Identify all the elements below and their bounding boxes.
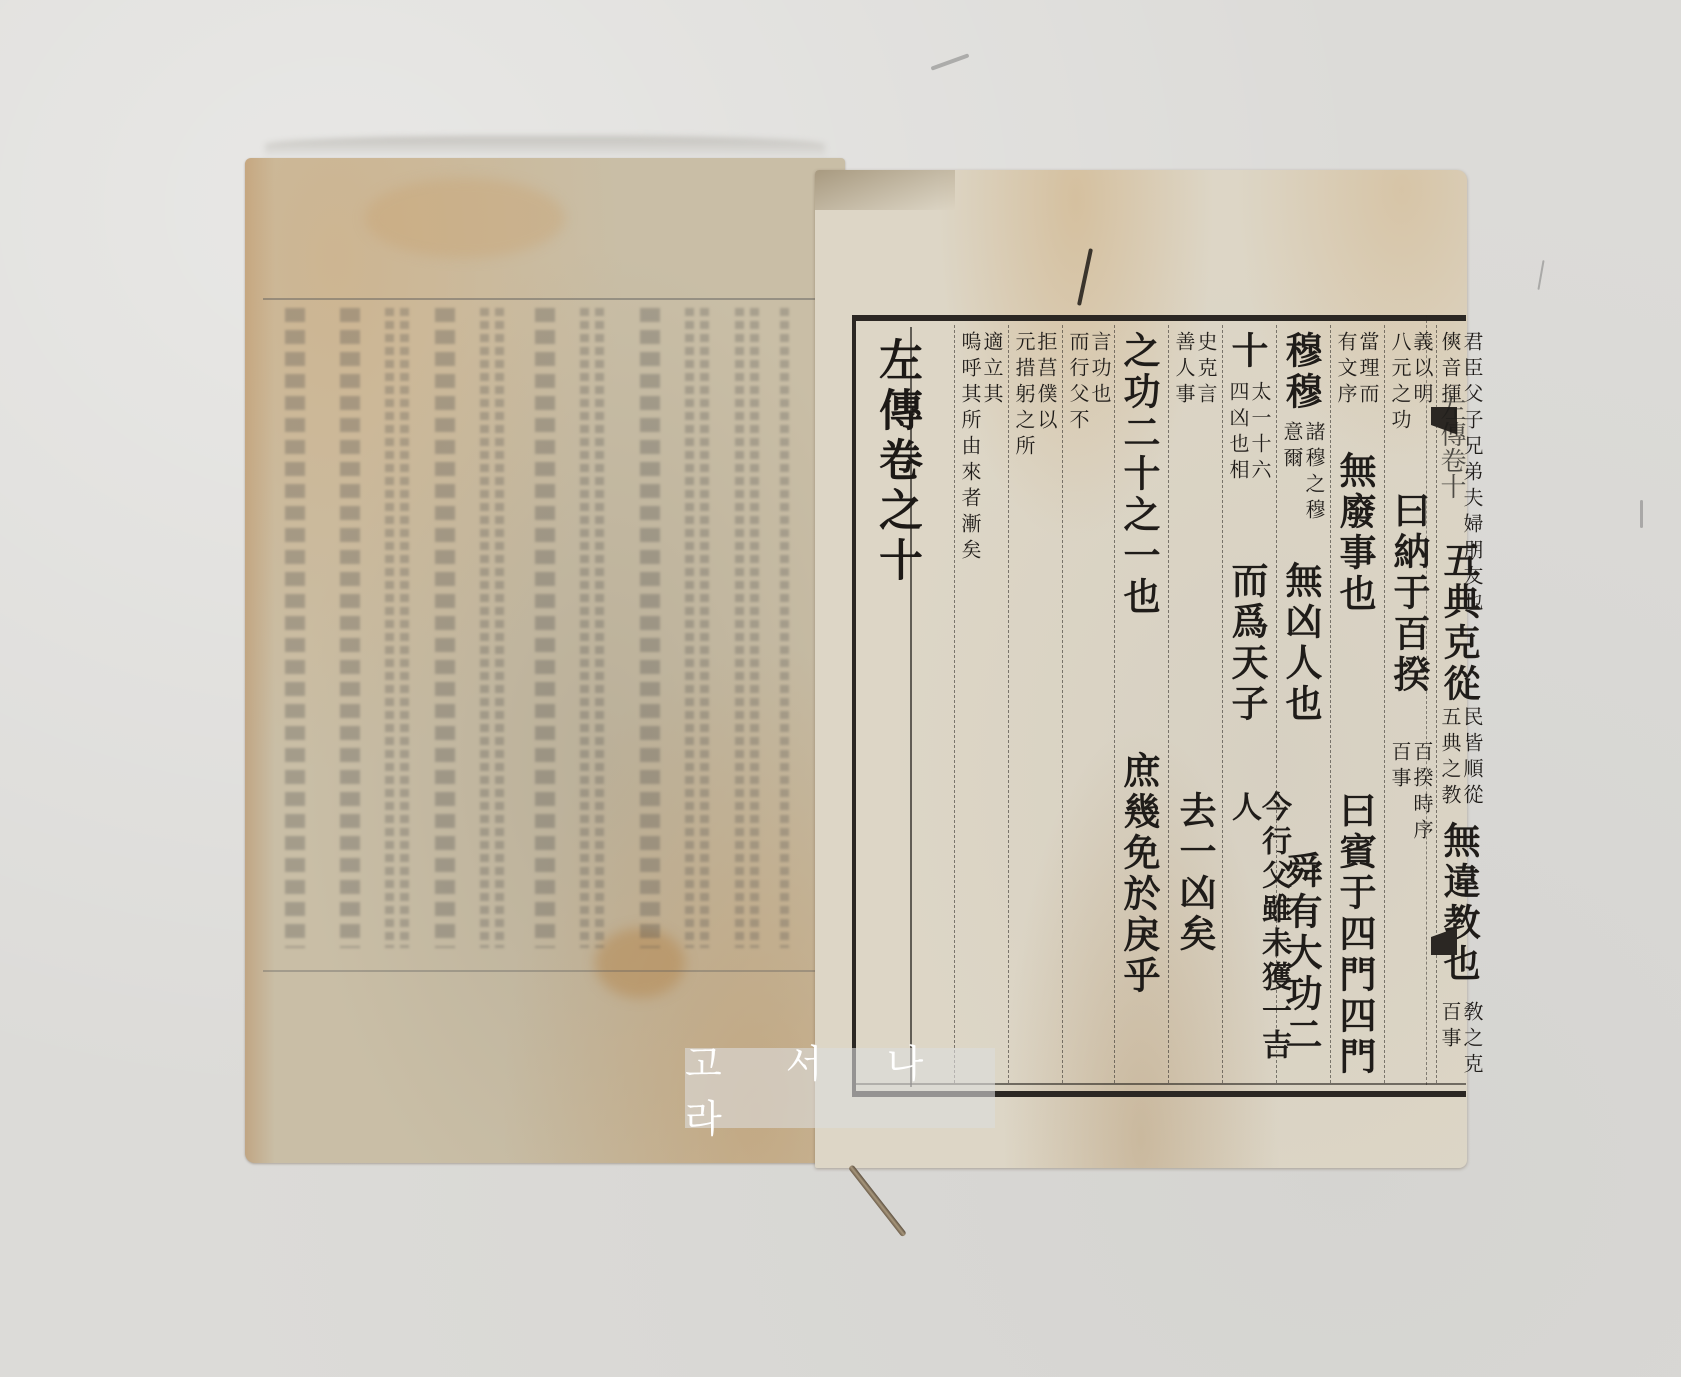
faded-text-column: [480, 308, 489, 948]
faded-text-column: [595, 308, 604, 948]
annotation-text: 意爾: [1282, 421, 1302, 525]
faded-text-column: [685, 308, 694, 948]
main-text-column: 而爲天子: [1228, 561, 1265, 725]
main-text: 穆穆: [1279, 331, 1323, 413]
main-text: 十: [1225, 331, 1269, 372]
annotation-column: 拒莒僕以 元措躬之所: [1014, 331, 1056, 461]
main-text-column: 庶幾免於戾乎: [1120, 751, 1157, 997]
folded-corner: [815, 170, 955, 210]
annotation-text: 元措躬之所: [1014, 331, 1034, 461]
annotation-text: 適立其: [982, 331, 1002, 565]
faded-text-column: [400, 308, 409, 948]
column-divider: [1062, 325, 1063, 1083]
volume-title: 左傳卷之十: [864, 337, 928, 587]
column-divider: [1384, 325, 1385, 1083]
annotation-column: 言功也 而行父不: [1068, 331, 1110, 435]
right-page: 左傳卷之十 適立其 嗚呼其所由來者漸矣 拒莒僕以 元措躬之所 言功也 而行父不 …: [815, 170, 1467, 1168]
annotation-text: 嗚呼其所由來者漸矣: [960, 331, 980, 565]
faded-text-column: [780, 308, 789, 948]
annotation-column: 適立其 嗚呼其所由來者漸矣: [960, 331, 1002, 565]
binding-string: [848, 1164, 907, 1237]
main-text-column: 去一凶矣: [1176, 791, 1213, 955]
faded-text-column: [340, 308, 360, 948]
faded-text-column: [750, 308, 759, 948]
column-divider: [1114, 325, 1115, 1083]
column-divider: [954, 325, 955, 1083]
water-stain: [365, 178, 565, 258]
annotation-text: 諸穆之穆: [1304, 421, 1324, 525]
annotation-text: 史克言: [1196, 331, 1216, 409]
column-divider: [1276, 325, 1277, 1083]
column-divider: [1008, 325, 1009, 1083]
main-text: 無廢事也: [1333, 451, 1377, 615]
annotation-text: 百事: [1390, 741, 1410, 845]
fish-tail-mark-icon: [1431, 915, 1457, 955]
column-divider: [1330, 325, 1331, 1083]
annotation-column: 當理而 有文序: [1336, 331, 1378, 409]
faded-text-column: [735, 308, 744, 948]
main-text: 而爲天子: [1225, 561, 1269, 725]
annotation-text: 善人事: [1174, 331, 1194, 409]
annotation-text: 民皆順從: [1462, 706, 1482, 810]
column-divider: [1222, 325, 1223, 1083]
main-text: 庶幾免於戾乎: [1117, 751, 1161, 997]
text-frame: 左傳卷之十 適立其 嗚呼其所由來者漸矣 拒莒僕以 元措躬之所 言功也 而行父不 …: [852, 315, 1466, 1097]
main-text: 曰賓于四門四門: [1333, 791, 1377, 1078]
main-text-column: 之功二十之一也: [1120, 331, 1157, 618]
faded-text-column: [495, 308, 504, 948]
fore-edge-label: 左傳卷十: [1433, 395, 1470, 499]
main-text-column: 曰納于百揆: [1390, 491, 1427, 696]
annotation-text: 敎之克: [1462, 1001, 1482, 1079]
annotation-text: 當理而: [1358, 331, 1378, 409]
annotation-column: 史克言 善人事: [1174, 331, 1216, 409]
faded-text-column: [640, 308, 660, 948]
annotation-text: 而行父不: [1068, 331, 1088, 435]
annotation-text: 言功也: [1090, 331, 1110, 435]
dust-speck: [1537, 260, 1544, 290]
page-shadow: [265, 136, 825, 158]
main-text: 無凶人也: [1279, 561, 1323, 725]
annotation-text: 四凶也相: [1228, 381, 1248, 485]
main-text: 去一凶矣: [1173, 791, 1217, 955]
main-text-column: 曰賓于四門四門: [1336, 791, 1373, 1078]
main-text: 曰納于百揆: [1387, 491, 1431, 696]
main-text-column: 無廢事也: [1336, 451, 1373, 615]
faded-text-column: [700, 308, 709, 948]
main-text-column: 穆穆: [1282, 331, 1319, 413]
main-text: 之功二十之一也: [1117, 331, 1161, 618]
main-text-column: 十: [1228, 331, 1265, 372]
faded-text-column: [535, 308, 555, 948]
annotation-text: 拒莒僕以: [1036, 331, 1056, 461]
ink-mark: [1077, 248, 1093, 306]
fore-edge-margin: 左傳卷十: [1426, 315, 1461, 1085]
dust-speck: [1640, 500, 1643, 528]
watermark: 고 서 나 라: [685, 1048, 995, 1128]
annotation-text: 太一十六: [1250, 381, 1270, 485]
title-rule: [910, 327, 912, 1087]
dust-speck: [931, 53, 970, 70]
main-text-column: 無凶人也: [1282, 561, 1319, 725]
faded-text-column: [580, 308, 589, 948]
annotation-column: 太一十六 四凶也相: [1228, 381, 1270, 485]
faded-text-column: [285, 308, 305, 948]
left-page: [245, 158, 845, 1163]
column-divider: [1168, 325, 1169, 1083]
main-text: 舜有大功二: [1279, 851, 1323, 1056]
annotation-text: 有文序: [1336, 331, 1356, 409]
annotation-column: 諸穆之穆 意爾: [1282, 421, 1324, 525]
faded-text-column: [435, 308, 455, 948]
main-text-column: 舜有大功二: [1282, 851, 1319, 1056]
annotation-text: 八元之功: [1390, 331, 1410, 435]
faded-text-column: [385, 308, 394, 948]
